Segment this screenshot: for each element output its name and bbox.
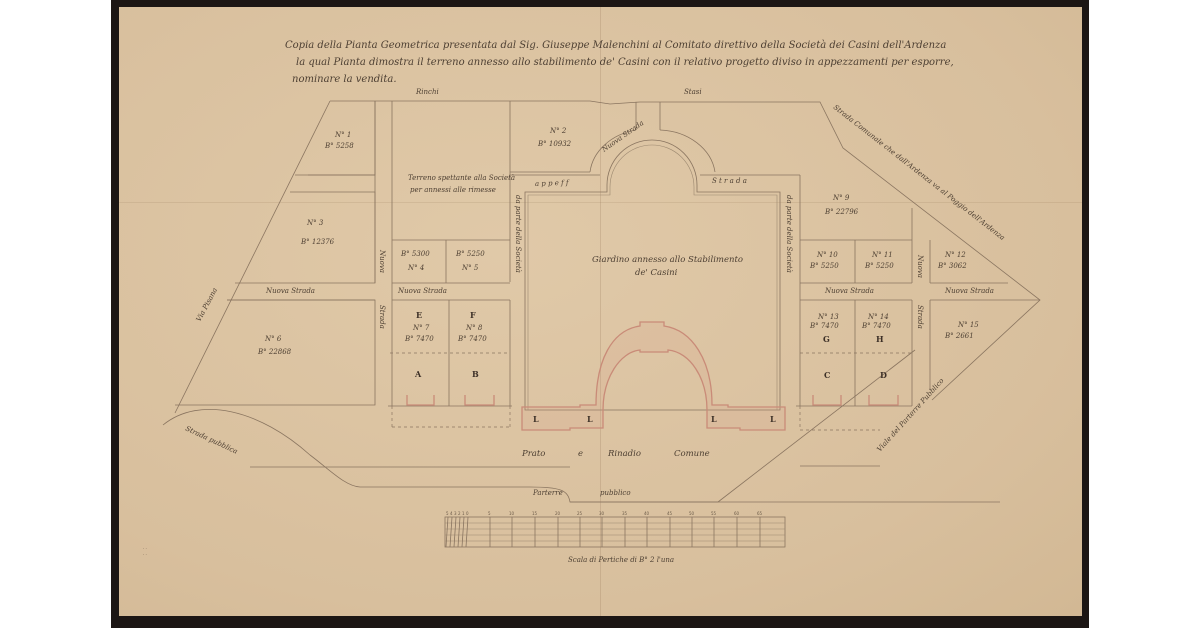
scale-tick: 3 [454, 511, 457, 516]
label-nuova-strada-left: Nuova Strada [265, 287, 315, 295]
label-terreno-1: Terreno spettante alla Società [408, 174, 515, 182]
lot-5-area: B° 5250 [455, 250, 485, 258]
lot-12-num: N° 12 [944, 251, 966, 259]
letter-a: A [414, 369, 422, 379]
scale-tick: 20 [555, 511, 561, 516]
label-rinadio: Rinadio [607, 449, 641, 459]
lot-14-area: B° 7470 [861, 322, 891, 330]
label-arc-road: Nuova Strada [600, 119, 646, 154]
scale-tick: 55 [711, 511, 717, 516]
lot-4-num: N° 4 [407, 264, 424, 272]
label-nuova-vertical-right: Nuova [916, 254, 924, 278]
scale-caption: Scala di Pertiche di B° 2 l'una [568, 556, 674, 564]
margin-mark: · · [143, 546, 147, 551]
scale-tick: 0 [466, 511, 469, 516]
label-comune: Comune [674, 449, 710, 459]
lot-7-num: N° 7 [412, 324, 430, 332]
lot-9-num: N° 9 [832, 194, 850, 202]
lot-2-area: B° 10932 [537, 140, 572, 148]
label-arc-road-left: a p p e f f [535, 179, 570, 188]
lot-8-num: N° 8 [465, 324, 483, 332]
letter-l-4: L [770, 414, 776, 424]
scale-tick: 2 [458, 511, 461, 516]
label-nuova-strada-right: Nuova Strada [824, 287, 874, 295]
lot-14-num: N° 14 [867, 313, 889, 321]
label-terreno-2: per annessi alle rimesse [410, 186, 496, 194]
scale-tick: 60 [734, 511, 740, 516]
letter-f: F [470, 310, 476, 320]
scale-tick: 25 [577, 511, 583, 516]
lot-6-area: B° 22868 [257, 348, 292, 356]
letter-l-1: L [533, 414, 539, 424]
scale-tick: 15 [532, 511, 538, 516]
margin-mark: · · [143, 552, 147, 557]
letter-g: G [823, 334, 830, 344]
title-line-2: la qual Pianta dimostra il terreno annes… [296, 57, 954, 68]
label-diagonal-road: Strada Comunale che dall'Ardenza va al P… [832, 103, 1006, 242]
lot-11-area: B° 5250 [864, 262, 894, 270]
label-pubblico: pubblico [600, 489, 631, 497]
label-parterre: Parterre [532, 489, 563, 497]
letter-h: H [876, 334, 884, 344]
label-strada-vertical-right: Strada [916, 305, 924, 329]
letter-b: B [472, 369, 479, 379]
lot-11-num: N° 11 [871, 251, 893, 259]
label-side-right: da parte della Società [785, 195, 793, 273]
scale-bar: 5 4 3 2 1 0 5 10 15 20 25 30 35 40 45 50… [445, 511, 785, 564]
label-stasi: Stasi [684, 88, 702, 96]
label-rinchi: Rinchi [415, 88, 439, 96]
scale-tick: 30 [599, 511, 605, 516]
scale-tick: 4 [450, 511, 453, 516]
lot-3-num: N° 3 [306, 219, 324, 227]
gate-markers [407, 395, 898, 405]
lot-8-area: B° 7470 [457, 335, 487, 343]
scale-tick: 5 [446, 511, 449, 516]
lot-3-area: B° 12376 [300, 238, 335, 246]
label-arc-road-right: S t r a d a [712, 177, 747, 185]
label-strada-pubblica: Strada pubblica [184, 425, 239, 456]
lot-1-num: N° 1 [334, 131, 351, 139]
scale-tick: 35 [622, 511, 628, 516]
letter-l-3: L [711, 414, 717, 424]
lot-10-area: B° 5250 [809, 262, 839, 270]
title-line-3: nominare la vendita. [292, 74, 397, 85]
scale-tick: 10 [509, 511, 515, 516]
label-side-left: da parte della Società [514, 195, 522, 273]
label-nuova-vertical-left: Nuova [378, 249, 386, 273]
scale-tick: 1 [462, 511, 465, 516]
central-garden: L L L L [510, 102, 800, 430]
lot-10-num: N° 10 [816, 251, 838, 259]
label-prato: Prato [521, 449, 545, 459]
lot-5-num: N° 5 [461, 264, 479, 272]
title-block: Copia della Pianta Geometrica presentata… [285, 40, 954, 85]
label-nuova-strada-mid: Nuova Strada [397, 287, 447, 295]
lot-13-num: N° 13 [817, 313, 839, 321]
lot-4-area: B° 5300 [400, 250, 430, 258]
lot-15-area: B° 2661 [944, 332, 974, 340]
scale-tick: 50 [689, 511, 695, 516]
label-giardino: Giardino annesso allo Stabilimento [592, 255, 743, 265]
letter-d: D [880, 370, 887, 380]
lot-13-area: B° 7470 [809, 322, 839, 330]
scale-tick: 40 [644, 511, 650, 516]
title-line-1: Copia della Pianta Geometrica presentata… [285, 40, 946, 51]
letter-e: E [416, 310, 422, 320]
lot-1-area: B° 5258 [324, 142, 354, 150]
lot-6-num: N° 6 [264, 335, 282, 343]
lot-7-area: B° 7470 [404, 335, 434, 343]
label-viale-parterre: Viale del Parterre Pubblico [876, 377, 946, 454]
lot-15-num: N° 15 [957, 321, 979, 329]
scale-tick: 65 [757, 511, 763, 516]
label-giardino-2: de' Casini [635, 268, 678, 278]
lot-12-area: B° 3062 [937, 262, 967, 270]
lot-2-num: N° 2 [549, 127, 567, 135]
label-e: e [578, 449, 583, 459]
label-strada-vertical-left: Strada [378, 305, 386, 329]
label-via-pisana: Via Pisana [195, 287, 219, 323]
scale-tick: 5 [488, 511, 491, 516]
site-plan: Copia della Pianta Geometrica presentata… [0, 0, 1200, 628]
letter-l-2: L [587, 414, 593, 424]
lot-9-area: B° 22796 [824, 208, 859, 216]
label-nuova-strada-far-right: Nuova Strada [944, 287, 994, 295]
scale-tick: 45 [667, 511, 673, 516]
letter-c: C [824, 370, 830, 380]
